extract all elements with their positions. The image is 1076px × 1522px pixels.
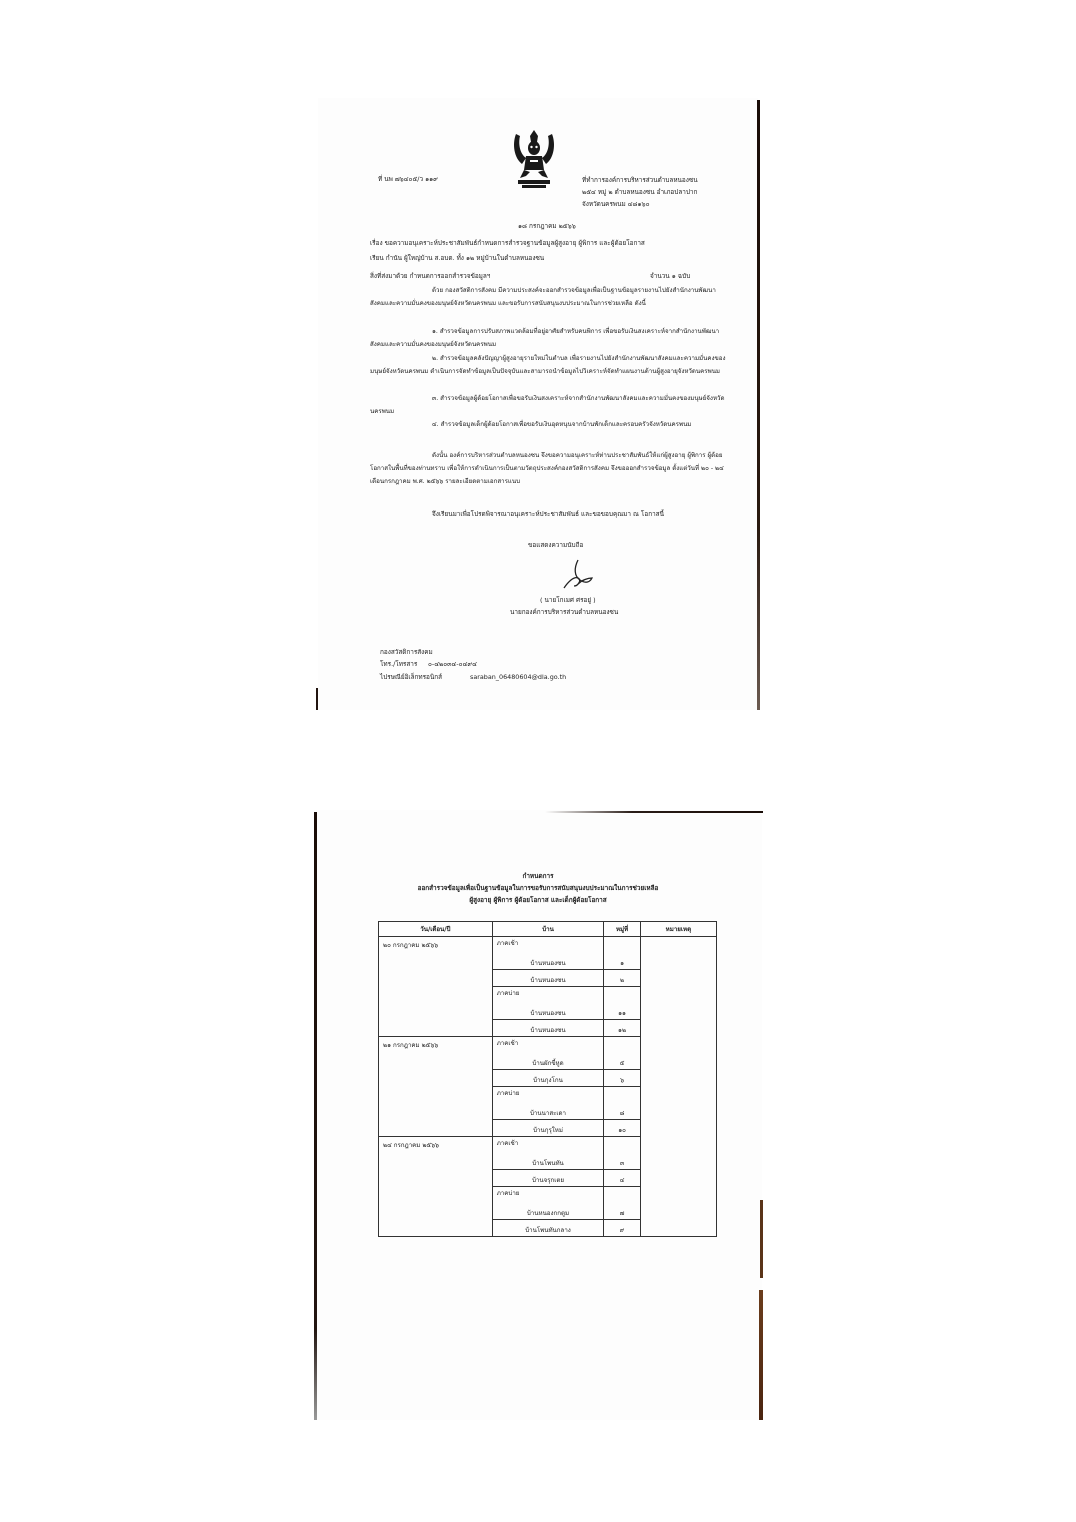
moo-number: ๑ [604,953,640,970]
time-slot-label: ภาคเช้า [493,937,604,953]
table-row: ๒๐ กรกฎาคม ๒๕๖๖ภาคเช้าบ้านหนองซนบ้านหนอง… [379,937,717,1037]
attachment-quantity: จำนวน ๑ ฉบับ [650,272,690,280]
date-cell: ๒๑ กรกฎาคม ๒๕๖๖ [379,1037,493,1137]
garuda-emblem-icon [510,128,558,190]
village-name: บ้านหนองซน [493,1020,604,1036]
note-cell [640,1037,716,1137]
letter-date: ๑๘ กรกฎาคม ๒๕๖๖ [518,222,576,230]
letter-intro: ด้วย กองสวัสดิการสังคม มีความประสงค์จะออ… [370,284,730,310]
office-address-line: จังหวัดนครพนม ๔๘๑๖๐ [582,200,650,208]
spacer [604,1037,640,1053]
moo-cell: ๑๒๑๑๑๒ [604,937,641,1037]
footer-phone: ๐-๔๒๐๓๔-๐๔๙๔ [428,660,477,668]
note-cell [640,937,716,1037]
scan-edge [316,688,318,710]
survey-item-2: ๒. สำรวจข้อมูลคลังปัญญาผู้สูงอายุรายใหม่… [370,352,730,378]
scan-edge [545,811,763,813]
moo-cell: ๓๔๗๙ [604,1137,641,1237]
schedule-subtitle: ผู้สูงอายุ ผู้พิการ ผู้ด้อยโอกาส และเด็ก… [0,896,1076,904]
scan-edge [759,1290,763,1420]
scan-edge [760,1200,763,1278]
moo-cell: ๕๖๘๑๐ [604,1037,641,1137]
village-name: บ้านผักขี้หูด [493,1053,604,1070]
time-slot-label: ภาคบ่าย [493,1087,604,1103]
footer-email: saraban_06480604@dla.go.th [470,673,566,681]
date-cell: ๒๐ กรกฎาคม ๒๕๖๖ [379,937,493,1037]
village-name: บ้านกุรุใหม่ [493,1120,604,1136]
footer-phone-label: โทร./โทรสาร [380,660,417,668]
table-row: ๒๔ กรกฎาคม ๒๕๖๖ภาคเช้าบ้านโพนทันบ้านจรุก… [379,1137,717,1237]
column-header-village: บ้าน [492,922,604,937]
moo-number: ๒ [604,970,640,987]
moo-number: ๓ [604,1153,640,1170]
regards: ขอแสดงความนับถือ [528,541,583,549]
office-address-line: ๒๕๔ หมู่ ๒ ตำบลหนองซน อำเภอปลาปาก [582,188,697,196]
spacer [604,1187,640,1203]
spacer [604,987,640,1003]
spacer [604,1137,640,1153]
table-row: ๒๑ กรกฎาคม ๒๕๖๖ภาคเช้าบ้านผักขี้หูดบ้านก… [379,1037,717,1137]
village-name: บ้านหนองซน [493,970,604,987]
letter-subject: เรื่อง ขอความอนุเคราะห์ประชาสัมพันธ์กำหน… [370,239,645,247]
table-header-row: วัน/เดือน/ปี บ้าน หมู่ที่ หมายเหตุ [379,922,717,937]
survey-item-4: ๔. สำรวจข้อมูลเด็กผู้ด้อยโอกาสเพื่อขอรับ… [370,418,730,431]
letter-closing: จึงเรียนมาเพื่อโปรดพิจารณาอนุเคราะห์ประช… [432,510,664,518]
footer-email-label: ไปรษณีย์อิเล็กทรอนิกส์ [380,673,442,681]
time-slot-label: ภาคเช้า [493,1137,604,1153]
moo-number: ๔ [604,1170,640,1187]
village-name: บ้านกุงโกน [493,1070,604,1087]
village-name: บ้านหนองซน [493,953,604,970]
footer-department: กองสวัสดิการสังคม [380,648,433,656]
letter-conclusion: ดังนั้น องค์การบริหารส่วนตำบลหนองซน จึงข… [370,449,730,488]
moo-number: ๑๒ [604,1020,640,1036]
signer-title: นายกองค์การบริหารส่วนตำบลหนองซน [510,608,618,616]
village-name: บ้านโพนทันกลาง [493,1220,604,1236]
spacer [604,937,640,953]
column-header-note: หมายเหตุ [640,922,716,937]
survey-item-1: ๑. สำรวจข้อมูลการปรับสภาพแวดล้อมที่อยู่อ… [370,325,730,351]
scan-edge [757,100,760,710]
attachment-label: สิ่งที่ส่งมาด้วย กำหนดการออกสำรวจข้อมูลฯ [370,272,490,280]
signature-icon [560,556,596,592]
village-name: บ้านหนองกกตูม [493,1203,604,1220]
date-cell: ๒๔ กรกฎาคม ๒๕๖๖ [379,1137,493,1237]
time-slot-label: ภาคบ่าย [493,1187,604,1203]
schedule-subtitle: ออกสำรวจข้อมูลเพื่อเป็นฐานข้อมูลในการขอร… [0,884,1076,892]
village-cell: ภาคเช้าบ้านผักขี้หูดบ้านกุงโกนภาคบ่ายบ้า… [492,1037,604,1137]
note-cell [640,1137,716,1237]
village-cell: ภาคเช้าบ้านโพนทันบ้านจรุกเตยภาคบ่ายบ้านห… [492,1137,604,1237]
survey-item-3: ๓. สำรวจข้อมูลผู้ด้อยโอกาสเพื่อขอรับเงิน… [370,392,730,418]
document-number: ที่ นพ ๗๖๔๐๕/ว ๑๑๙ [378,175,438,183]
moo-number: ๙ [604,1220,640,1236]
moo-number: ๑๑ [604,1003,640,1020]
moo-number: ๘ [604,1103,640,1120]
spacer [604,1087,640,1103]
schedule-table: วัน/เดือน/ปี บ้าน หมู่ที่ หมายเหตุ ๒๐ กร… [378,921,717,1237]
moo-number: ๑๐ [604,1120,640,1136]
column-header-date: วัน/เดือน/ปี [379,922,493,937]
letter-recipient: เรียน กำนัน ผู้ใหญ่บ้าน ส.อบต. ทั้ง ๑๒ ห… [370,254,544,262]
moo-number: ๕ [604,1053,640,1070]
village-name: บ้านนาสะเดา [493,1103,604,1120]
time-slot-label: ภาคเช้า [493,1037,604,1053]
time-slot-label: ภาคบ่าย [493,987,604,1003]
moo-number: ๖ [604,1070,640,1087]
schedule-title: กำหนดการ [0,872,1076,880]
village-cell: ภาคเช้าบ้านหนองซนบ้านหนองซนภาคบ่ายบ้านหน… [492,937,604,1037]
village-name: บ้านโพนทัน [493,1153,604,1170]
moo-number: ๗ [604,1203,640,1220]
village-name: บ้านจรุกเตย [493,1170,604,1187]
column-header-moo: หมู่ที่ [604,922,641,937]
signer-name: ( นายโกเมศ ศรอยู่ ) [540,596,596,604]
office-address-line: ที่ทำการองค์การบริหารส่วนตำบลหนองซน [582,176,698,184]
village-name: บ้านหนองซน [493,1003,604,1020]
